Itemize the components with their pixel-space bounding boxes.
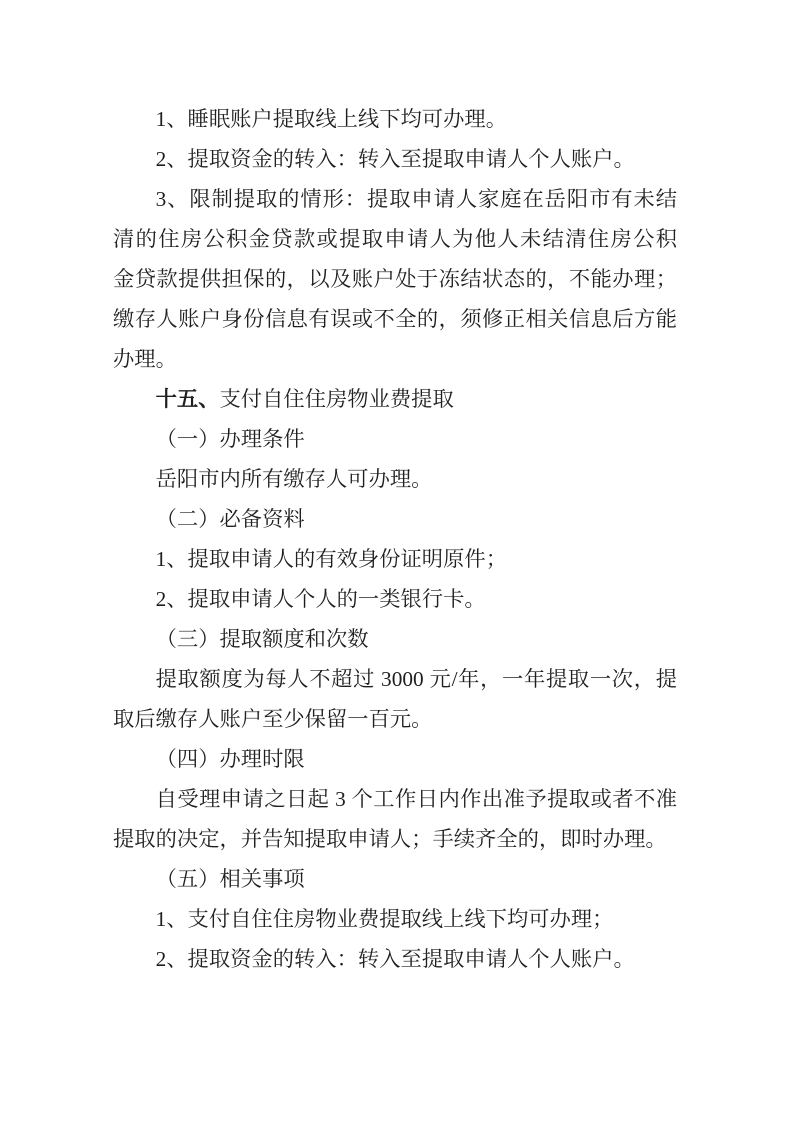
text-line: 1、提取申请人的有效身份证明原件；: [113, 539, 677, 579]
text-line: （一）办理条件: [113, 419, 677, 459]
text-line: 金贷款提供担保的，以及账户处于冻结状态的，不能办理；: [113, 259, 677, 299]
subsection-heading: （三）提取额度和次数: [113, 619, 677, 659]
paragraph: 自受理申请之日起 3 个工作日内作出准予提取或者不准 提取的决定，并告知提取申请…: [113, 779, 677, 859]
text-line: 清的住房公积金贷款或提取申请人为他人未结清住房公积: [113, 219, 677, 259]
paragraph: 2、提取资金的转入：转入至提取申请人个人账户。: [113, 139, 677, 179]
section-title: 支付自住住房物业费提取: [220, 387, 454, 411]
text-line: 自受理申请之日起 3 个工作日内作出准予提取或者不准: [113, 779, 677, 819]
text-line: 岳阳市内所有缴存人可办理。: [113, 459, 677, 499]
subsection-heading: （一）办理条件: [113, 419, 677, 459]
text-line: （五）相关事项: [113, 859, 677, 899]
text-line: 1、支付自住住房物业费提取线上线下均可办理；: [113, 899, 677, 939]
paragraph: 1、提取申请人的有效身份证明原件；: [113, 539, 677, 579]
text-line: （四）办理时限: [113, 739, 677, 779]
text-line: 提取额度为每人不超过 3000 元/年，一年提取一次，提: [113, 659, 677, 699]
subsection-heading: （四）办理时限: [113, 739, 677, 779]
text-line: 提取的决定，并告知提取申请人；手续齐全的，即时办理。: [113, 819, 677, 859]
section-heading: 十五、支付自住住房物业费提取: [113, 379, 677, 419]
text-line: （二）必备资料: [113, 499, 677, 539]
section-number: 十五、: [156, 387, 220, 411]
text-line: 3、限制提取的情形：提取申请人家庭在岳阳市有未结: [113, 179, 677, 219]
subsection-heading: （二）必备资料: [113, 499, 677, 539]
paragraph: 岳阳市内所有缴存人可办理。: [113, 459, 677, 499]
document-page: 1、睡眠账户提取线上线下均可办理。 2、提取资金的转入：转入至提取申请人个人账户…: [0, 0, 794, 1122]
text-line: 取后缴存人账户至少保留一百元。: [113, 699, 677, 739]
paragraph: 3、限制提取的情形：提取申请人家庭在岳阳市有未结 清的住房公积金贷款或提取申请人…: [113, 179, 677, 379]
paragraph: 2、提取申请人个人的一类银行卡。: [113, 579, 677, 619]
paragraph: 2、提取资金的转入：转入至提取申请人个人账户。: [113, 939, 677, 979]
subsection-heading: （五）相关事项: [113, 859, 677, 899]
paragraph: 1、睡眠账户提取线上线下均可办理。: [113, 99, 677, 139]
paragraph: 提取额度为每人不超过 3000 元/年，一年提取一次，提 取后缴存人账户至少保留…: [113, 659, 677, 739]
text-line: 缴存人账户身份信息有误或不全的，须修正相关信息后方能: [113, 299, 677, 339]
text-line: 1、睡眠账户提取线上线下均可办理。: [113, 99, 677, 139]
paragraph: 1、支付自住住房物业费提取线上线下均可办理；: [113, 899, 677, 939]
text-line: 十五、支付自住住房物业费提取: [113, 379, 677, 419]
text-line: 2、提取申请人个人的一类银行卡。: [113, 579, 677, 619]
text-line: （三）提取额度和次数: [113, 619, 677, 659]
text-line: 办理。: [113, 339, 677, 379]
text-line: 2、提取资金的转入：转入至提取申请人个人账户。: [113, 139, 677, 179]
text-line: 2、提取资金的转入：转入至提取申请人个人账户。: [113, 939, 677, 979]
